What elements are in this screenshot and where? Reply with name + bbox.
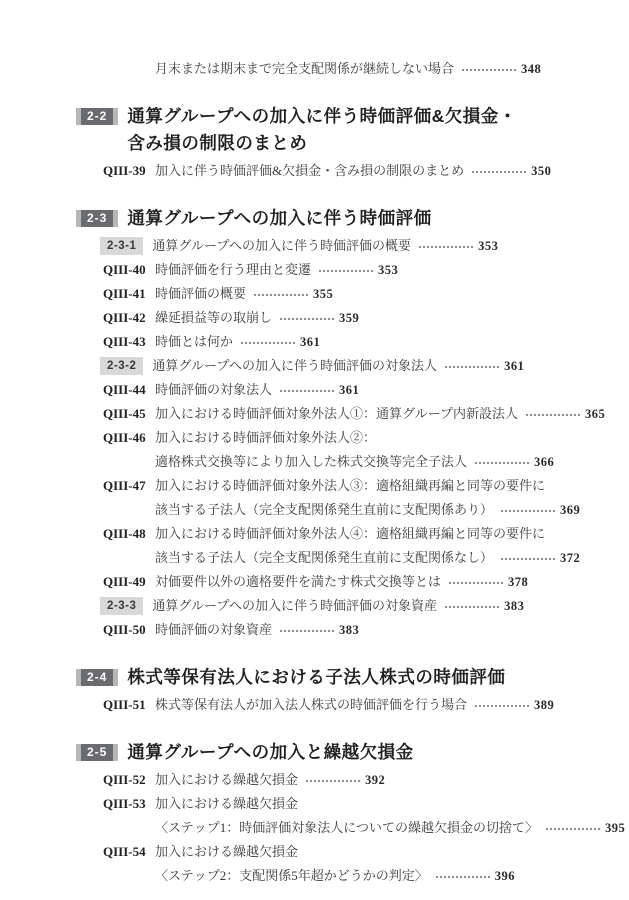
entry-id: QIII-49 (103, 570, 155, 594)
dot-leader (475, 701, 529, 707)
dot-leader (449, 578, 503, 584)
entry-text: 適格株式交換等により加入した株式交換等完全子法人 (155, 454, 467, 469)
page-number: 396 (495, 869, 515, 883)
page-number: 361 (504, 359, 524, 373)
entry-text: 〈ステップ2：支配関係5年超かどうかの判定〉 (155, 868, 428, 883)
entry-text: 加入における時価評価対象外法人③：適格組織再編と同等の要件に (155, 478, 545, 493)
entry-text: 加入における繰越欠損金 (155, 796, 298, 811)
toc-entry-continuation: 該当する子法人（完全支配関係発生直前に支配関係なし）372 (0, 546, 629, 570)
entry-text: 対価要件以外の適格要件を満たす株式交換等とは (155, 574, 441, 589)
entry-text: 通算グループへの加入に伴う時価評価の概要 (152, 238, 411, 253)
entry-text: 株式等保有法人が加入法人株式の時価評価を行う場合 (155, 697, 467, 712)
page-number: 383 (339, 623, 359, 637)
page-number: 369 (560, 503, 580, 517)
toc-entry: QIII-52加入における繰越欠損金392 (0, 768, 629, 792)
toc-section-2-3: 2-3 通算グループへの加入に伴う時価評価 2-3-1通算グループへの加入に伴う… (0, 205, 629, 642)
entry-id: QIII-40 (103, 258, 155, 282)
section-badge: 2-2 (76, 108, 118, 125)
page-number: 361 (300, 335, 320, 349)
entry-id: QIII-50 (103, 618, 155, 642)
toc-entry: QIII-47加入における時価評価対象外法人③：適格組織再編と同等の要件に (0, 474, 629, 498)
toc-entry: QIII-42繰延損益等の取崩し359 (0, 306, 629, 330)
dot-leader (280, 386, 334, 392)
entry-text: 加入における時価評価対象外法人②： (155, 430, 376, 445)
entry-id: QIII-48 (103, 522, 155, 546)
page-number: 366 (534, 455, 554, 469)
entry-text: 時価評価の対象資産 (155, 622, 272, 637)
dot-leader (280, 626, 334, 632)
section-title: 通算グループへの加入に伴う時価評価&欠損金・ 含み損の制限のまとめ (127, 103, 516, 157)
entry-text: 時価評価の対象法人 (155, 382, 272, 397)
entry-text: 繰延損益等の取崩し (155, 310, 272, 325)
page-number: 395 (605, 821, 625, 835)
section-header: 2-2 通算グループへの加入に伴う時価評価&欠損金・ 含み損の制限のまとめ (0, 103, 629, 157)
entry-text: 〈ステップ1：時価評価対象法人についての繰越欠損金の切捨て〉 (155, 820, 538, 835)
toc-subsection: 2-3-3通算グループへの加入に伴う時価評価の対象資産383 (0, 594, 629, 618)
section-title-line: 通算グループへの加入に伴う時価評価&欠損金・ (127, 103, 516, 130)
entry-id: QIII-45 (103, 402, 155, 426)
dot-leader (306, 776, 360, 782)
entry-text: 時価評価の概要 (155, 286, 246, 301)
dot-leader (241, 338, 295, 344)
toc-section-2-5: 2-5 通算グループへの加入と繰越欠損金 QIII-52加入における繰越欠損金3… (0, 739, 629, 888)
section-badge: 2-5 (76, 744, 118, 761)
section-title: 通算グループへの加入と繰越欠損金 (127, 739, 413, 766)
section-header: 2-4 株式等保有法人における子法人株式の時価評価 (0, 664, 629, 691)
section-badge: 2-3 (76, 210, 118, 227)
dot-leader (462, 65, 516, 71)
entry-text: 加入に伴う時価評価&欠損金・含み損の制限のまとめ (155, 163, 464, 178)
toc-section-2-2: 2-2 通算グループへの加入に伴う時価評価&欠損金・ 含み損の制限のまとめ QI… (0, 103, 629, 183)
section-title-line: 株式等保有法人における子法人株式の時価評価 (127, 664, 505, 691)
entry-id: QIII-51 (103, 693, 155, 717)
page-number: 359 (339, 311, 359, 325)
page-number: 372 (560, 551, 580, 565)
entry-id: QIII-39 (103, 159, 155, 183)
subsection-badge: 2-3-2 (100, 357, 143, 375)
entry-id: QIII-53 (103, 792, 155, 816)
entry-text: 時価とは何か (155, 334, 233, 349)
entry-text: 該当する子法人（完全支配関係発生直前に支配関係なし） (155, 550, 493, 565)
toc-subsection: 2-3-2通算グループへの加入に伴う時価評価の対象法人361 (0, 354, 629, 378)
dot-leader (445, 602, 499, 608)
entry-id: QIII-44 (103, 378, 155, 402)
dot-leader (436, 872, 490, 878)
dot-leader (526, 410, 580, 416)
page-number: 361 (339, 383, 359, 397)
toc-entry: QIII-39加入に伴う時価評価&欠損金・含み損の制限のまとめ350 (0, 159, 629, 183)
dot-leader (472, 167, 526, 173)
page-number: 378 (508, 575, 528, 589)
entry-id: QIII-52 (103, 768, 155, 792)
section-title-line: 通算グループへの加入に伴う時価評価 (127, 205, 431, 232)
entry-text: 加入における時価評価対象外法人④：適格組織再編と同等の要件に (155, 526, 545, 541)
toc-subsection: 2-3-1通算グループへの加入に伴う時価評価の概要353 (0, 234, 629, 258)
toc-section-2-4: 2-4 株式等保有法人における子法人株式の時価評価 QIII-51株式等保有法人… (0, 664, 629, 717)
page-number: 350 (531, 164, 551, 178)
entry-id: QIII-46 (103, 426, 155, 450)
entry-text: 通算グループへの加入に伴う時価評価の対象法人 (152, 358, 437, 373)
entry-id: QIII-47 (103, 474, 155, 498)
toc-entry: QIII-46加入における時価評価対象外法人②： (0, 426, 629, 450)
entry-text: 加入における繰越欠損金 (155, 772, 298, 787)
entry-id: QIII-43 (103, 330, 155, 354)
toc-entry: QIII-43時価とは何か361 (0, 330, 629, 354)
entry-text: 該当する子法人（完全支配関係発生直前に支配関係あり） (155, 502, 493, 517)
entry-id: QIII-54 (103, 840, 155, 864)
toc-entry-continuation: 該当する子法人（完全支配関係発生直前に支配関係あり）369 (0, 498, 629, 522)
entry-text: 月末または期末まで完全支配関係が継続しない場合 (155, 61, 454, 76)
toc-entry: QIII-49対価要件以外の適格要件を満たす株式交換等とは378 (0, 570, 629, 594)
page-number: 348 (521, 62, 541, 76)
page-number: 383 (504, 599, 524, 613)
dot-leader (501, 554, 555, 560)
toc-entry: QIII-40時価評価を行う理由と変遷353 (0, 258, 629, 282)
section-title: 通算グループへの加入に伴う時価評価 (127, 205, 431, 232)
toc-entry-continuation: 〈ステップ2：支配関係5年超かどうかの判定〉396 (0, 864, 629, 888)
dot-leader (319, 266, 373, 272)
entry-id: QIII-41 (103, 282, 155, 306)
entry-text: 加入における繰越欠損金 (155, 844, 298, 859)
entry-text: 時価評価を行う理由と変遷 (155, 262, 311, 277)
toc-entry-continuation: 月末または期末まで完全支配関係が継続しない場合348 (0, 57, 629, 81)
page-number: 365 (585, 407, 605, 421)
toc-entry: QIII-50時価評価の対象資産383 (0, 618, 629, 642)
dot-leader (445, 362, 499, 368)
section-badge: 2-4 (76, 669, 118, 686)
toc-entry: QIII-51株式等保有法人が加入法人株式の時価評価を行う場合389 (0, 693, 629, 717)
section-header: 2-5 通算グループへの加入と繰越欠損金 (0, 739, 629, 766)
dot-leader (475, 458, 529, 464)
toc-entry-continuation: 〈ステップ1：時価評価対象法人についての繰越欠損金の切捨て〉395 (0, 816, 629, 840)
dot-leader (501, 506, 555, 512)
page-number: 392 (365, 773, 385, 787)
dot-leader (419, 242, 473, 248)
subsection-badge: 2-3-3 (100, 597, 143, 615)
entry-text: 加入における時価評価対象外法人①：通算グループ内新設法人 (155, 406, 518, 421)
section-title-line: 通算グループへの加入と繰越欠損金 (127, 739, 413, 766)
page-number: 353 (478, 239, 498, 253)
page-number: 355 (313, 287, 333, 301)
toc-entry: QIII-48加入における時価評価対象外法人④：適格組織再編と同等の要件に (0, 522, 629, 546)
section-header: 2-3 通算グループへの加入に伴う時価評価 (0, 205, 629, 232)
toc-entry: QIII-44時価評価の対象法人361 (0, 378, 629, 402)
page-number: 389 (534, 698, 554, 712)
toc-entry: QIII-45加入における時価評価対象外法人①：通算グループ内新設法人365 (0, 402, 629, 426)
subsection-badge: 2-3-1 (100, 237, 143, 255)
dot-leader (280, 314, 334, 320)
section-title: 株式等保有法人における子法人株式の時価評価 (127, 664, 505, 691)
section-title-line: 含み損の制限のまとめ (127, 130, 516, 157)
dot-leader (546, 824, 600, 830)
toc-entry: QIII-41時価評価の概要355 (0, 282, 629, 306)
toc-entry-continuation: 適格株式交換等により加入した株式交換等完全子法人366 (0, 450, 629, 474)
toc-entry: QIII-54加入における繰越欠損金 (0, 840, 629, 864)
entry-id: QIII-42 (103, 306, 155, 330)
entry-text: 通算グループへの加入に伴う時価評価の対象資産 (152, 598, 437, 613)
document-page: 月末または期末まで完全支配関係が継続しない場合348 2-2 通算グループへの加… (0, 0, 629, 900)
dot-leader (254, 290, 308, 296)
page-number: 353 (378, 263, 398, 277)
toc-entry: QIII-53加入における繰越欠損金 (0, 792, 629, 816)
